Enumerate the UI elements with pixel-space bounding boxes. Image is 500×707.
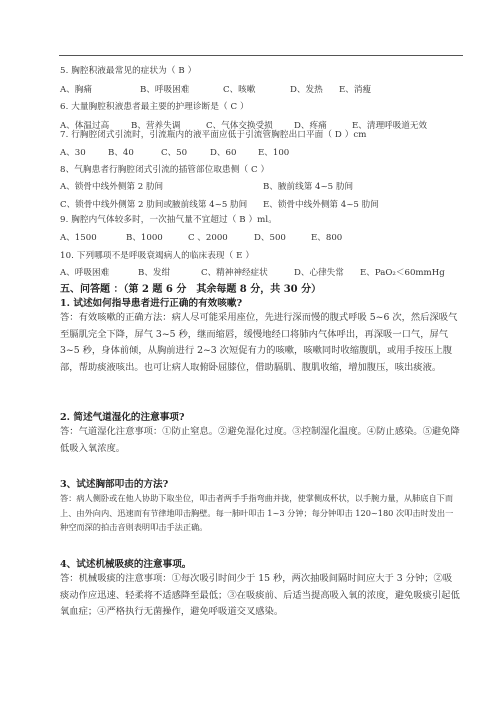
question-7-stem: 7. 行胸腔闭式引流时，引流瓶内的液平面应低于引流管胸腔出口平面（ D ）cm: [60, 128, 367, 140]
essay-3-title: 3、试述胸部叩击的方法?: [60, 476, 168, 490]
question-8-option-a: A、锁骨中线外侧第 2 肋间: [60, 180, 163, 192]
question-9-option-c: C 、2000: [188, 231, 228, 243]
question-5-option-d: D、发热: [290, 83, 323, 95]
essay-1-answer: 答：有效咳嗽的正确方法：病人尽可能采用座位，先进行深而慢的腹式呼吸 5~6 次，…: [60, 310, 460, 376]
question-5-option-a: A、胸痛: [60, 83, 92, 95]
question-9-option-a: A、1500: [60, 231, 97, 243]
question-6-stem: 6. 大量胸腔积液患者最主要的护理诊断是（ C ）: [60, 100, 249, 112]
section-title: 五、问答题 ：（第 2 题 6 分 其余每题 8 分，共 30 分）: [60, 280, 321, 295]
essay-2-title: 2. 简述气道湿化的注意事项?: [60, 409, 185, 423]
question-5-option-e: E、消瘦: [339, 83, 371, 95]
question-5-stem: 5. 胸腔积液最常见的症状为（ B ）: [60, 64, 196, 76]
question-10-option-a: A、呼吸困难: [60, 266, 109, 278]
question-8-option-e: E、锁骨中线外侧第 4~5 肋间: [263, 198, 379, 210]
question-10-option-b: B、发绀: [138, 266, 170, 278]
header-rule: [59, 55, 463, 56]
essay-1-title: 1. 试述如何指导患者进行正确的有效咳嗽?: [60, 295, 242, 309]
question-10-option-d: D、心律失常: [294, 266, 344, 278]
question-7-option-b: B、40: [108, 146, 134, 158]
question-10-option-e: E、PaO₂＜60mmHg: [360, 266, 445, 278]
question-7-option-d: D、60: [210, 146, 236, 158]
question-7-option-e: E、100: [258, 146, 289, 158]
essay-4-title: 4、试述机械吸痰的注意事项。: [60, 556, 191, 570]
question-9-stem: 9. 胸腔内气体较多时，一次抽气量不宜超过（ B ）ml。: [60, 213, 277, 225]
question-9-option-e: E、800: [311, 231, 342, 243]
essay-4-answer: 答：机械吸痰的注意事项：①每次吸引时间少于 15 秒，两次抽吸间隔时间应大于 3…: [60, 571, 460, 621]
question-10-option-c: C、精神神经症状: [201, 266, 268, 278]
question-8-stem: 8、气胸患者行胸腔闭式引流的插管部位取患侧（ C ）: [60, 163, 269, 175]
question-10-stem: 10. 下列哪项不是呼吸衰竭病人的临床表现（ E ）: [60, 249, 254, 261]
essay-3-answer: 答：病人侧卧或在他人协助下取坐位，叩击者两手手指弯曲并拢，使掌侧成杯状，以手腕力…: [60, 491, 460, 535]
essay-2-answer: 答：气道湿化注意事项：①防止窒息。②避免湿化过度。③控制湿化温度。④防止感染。⑤…: [60, 424, 460, 457]
question-8-option-c: C、锁骨中线外侧第 2 肋间或腋前线第 4~5 肋间: [60, 198, 247, 210]
question-7-option-c: C、50: [161, 146, 187, 158]
question-7-option-a: A、30: [60, 146, 86, 158]
question-9-option-d: D、500: [254, 231, 286, 243]
question-8-option-b: B、腋前线第 4~5 肋间: [263, 180, 353, 192]
question-5-option-b: B、呼吸困难: [140, 83, 189, 95]
question-9-option-b: B、1000: [126, 231, 163, 243]
question-5-option-c: C、咳嗽: [223, 83, 255, 95]
